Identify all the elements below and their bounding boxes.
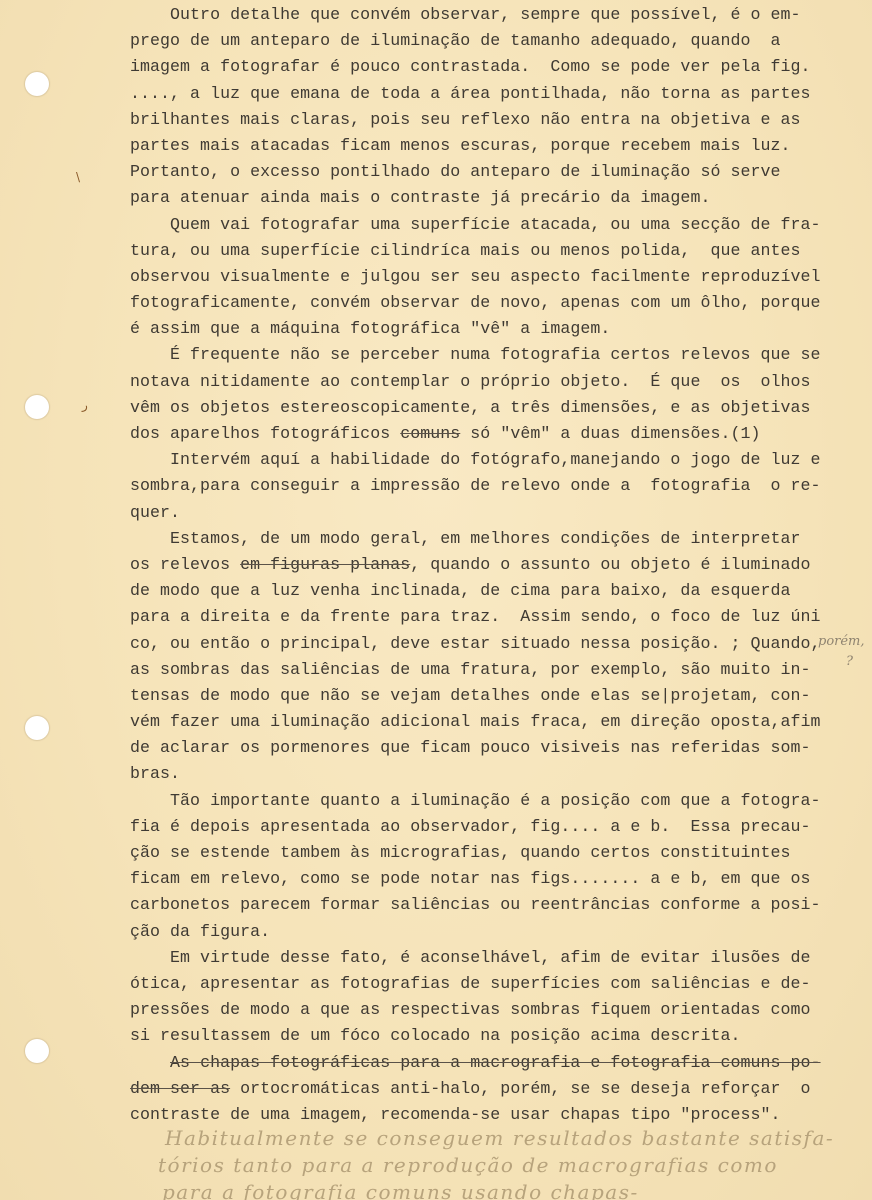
- punch-hole: [25, 395, 49, 419]
- handwritten-note: para a fotografia comuns usando chapas-: [162, 1180, 639, 1200]
- punch-hole: [25, 716, 49, 740]
- paragraph: As chapas fotográficas para a macrografi…: [130, 1050, 840, 1129]
- struck-text: em figuras planas: [240, 555, 410, 574]
- punch-hole: [25, 1039, 49, 1063]
- paper-page: \ ر Outro detalhe que convém observar, s…: [0, 0, 872, 1200]
- paragraph: Tão importante quanto a iluminação é a p…: [130, 788, 840, 945]
- typewritten-text: Outro detalhe que convém observar, sempr…: [130, 2, 840, 1128]
- paragraph: Intervém aquí a habilidade do fotógrafo,…: [130, 447, 840, 526]
- ink-speck: \: [76, 170, 80, 184]
- paragraph: Estamos, de um modo geral, em melhores c…: [130, 526, 840, 788]
- margin-note: porém,: [818, 634, 865, 649]
- struck-text: As chapas fotográficas para a macrografi…: [170, 1053, 821, 1072]
- paragraph: Em virtude desse fato, é aconselhável, a…: [130, 945, 840, 1050]
- paragraph: É frequente não se perceber numa fotogra…: [130, 342, 840, 447]
- paragraph: Quem vai fotografar uma superfície ataca…: [130, 212, 840, 343]
- margin-note: ?: [846, 654, 853, 669]
- paragraph: Outro detalhe que convém observar, sempr…: [130, 2, 840, 212]
- struck-text: comuns: [400, 424, 460, 443]
- punch-hole: [25, 72, 49, 96]
- handwritten-note: tórios tanto para a reprodução de macrog…: [158, 1153, 778, 1177]
- handwritten-note: Habitualmente se conseguem resultados ba…: [165, 1126, 834, 1150]
- struck-text: dem ser as: [130, 1079, 230, 1098]
- ink-speck: ر: [82, 398, 88, 412]
